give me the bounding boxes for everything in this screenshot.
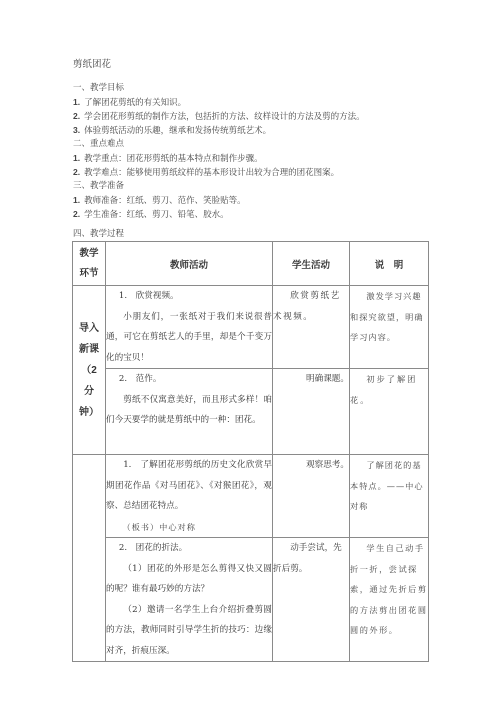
stage-cell-intro: 导入 新课 （2 分 钟）: [73, 286, 106, 455]
key-point-item: 1.教学重点：团花形剪纸的基本特点和制作步骤。: [73, 152, 263, 166]
document-title: 剪纸团花: [73, 56, 111, 70]
stage-line: 新课: [79, 344, 99, 355]
note-text: 学生自己动手折一折，尝试探索，通过先折后剪的方法剪出团花圆圆的外形。: [350, 538, 428, 641]
item-number: 2.: [73, 111, 80, 121]
section-heading-objectives: 一、教学目标: [73, 82, 124, 95]
section-heading-key-points: 二、重点难点: [73, 138, 124, 151]
stage-line: 分: [84, 386, 94, 397]
note-text: 初步了解团花。: [350, 369, 428, 410]
teacher-activity-cell: 2. 团花的折法。 （1）团花的外形是怎么剪得又快又圆的呢？谁有最巧妙的方法？ …: [106, 538, 273, 662]
header-teacher-activity: 教师活动: [106, 242, 273, 286]
preparation-item: 2.学生准备：红纸、剪刀、铅笔、胶水。: [73, 208, 229, 222]
header-stage-line: 教学: [79, 248, 98, 259]
student-activity-cell: 动手尝试，先折后剪。: [273, 538, 350, 662]
header-student-activity: 学生活动: [273, 242, 350, 286]
stage-line: （2: [81, 365, 97, 376]
header-notes: 说 明: [350, 242, 429, 286]
notes-cell: 初步了解团花。: [350, 369, 429, 455]
student-activity-cell: 观察思考。: [273, 455, 350, 538]
table-row: 导入 新课 （2 分 钟） 1. 欣赏视频。 小朋友们，一张纸对于我们来说很普通…: [73, 286, 429, 369]
activity-step: 1. 欣赏视频。: [106, 286, 272, 307]
header-stage: 教学 环节: [73, 242, 106, 286]
activity-text: （1）团花的外形是怎么剪得又快又圆的呢？谁有最巧妙的方法？: [106, 559, 272, 600]
note-text: 激发学习兴趣和探究欲望，明确学习内容。: [350, 286, 428, 348]
item-text: 教学重点：团花形剪纸的基本特点和制作步骤。: [84, 154, 263, 164]
item-number: 2.: [73, 167, 80, 177]
student-activity-cell: 欣赏剪纸艺术视频。: [273, 286, 350, 369]
table-row: 2. 团花的折法。 （1）团花的外形是怎么剪得又快又圆的呢？谁有最巧妙的方法？ …: [73, 538, 429, 662]
section-heading-preparation: 三、教学准备: [73, 180, 124, 193]
teacher-activity-cell: 1. 了解团花形剪纸的历史文化欣赏早期团花作品《对马团花》、《对猴团花》，观察、…: [106, 455, 273, 538]
note-text: 了解团花的基本特点。——中心对称: [350, 455, 428, 517]
notes-cell: 学生自己动手折一折，尝试探索，通过先折后剪的方法剪出团花圆圆的外形。: [350, 538, 429, 662]
activity-text: 剪纸不仅寓意美好，而且形式多样！咱们今天要学的就是剪纸中的一种：团花。: [106, 390, 272, 431]
preparation-item: 1.教师准备：红纸、剪刀、范作、笑脸贴等。: [73, 194, 246, 208]
table-header-row: 教学 环节 教师活动 学生活动 说 明: [73, 242, 429, 286]
key-point-item: 2.教学难点：能够使用剪纸纹样的基本形设计出较为合理的团花图案。: [73, 166, 339, 180]
header-stage-line: 环节: [79, 268, 98, 279]
stage-line: 钟）: [79, 407, 99, 418]
stage-cell-new-lesson: [73, 455, 106, 662]
objective-item: 3.体验剪纸活动的乐趣，继承和发扬传统剪纸艺术。: [73, 124, 271, 138]
section-heading-process: 四、教学过程: [73, 228, 124, 241]
student-activity-text: 欣赏剪纸艺术视频。: [273, 286, 349, 327]
activity-text: 小朋友们，一张纸对于我们来说很普通，可它在剪纸艺人的手里，却是个千变万化的宝贝！: [106, 307, 272, 369]
student-activity-text: 动手尝试，先折后剪。: [273, 538, 349, 579]
item-text: 教师准备：红纸、剪刀、范作、笑脸贴等。: [84, 196, 246, 206]
item-text: 了解团花剪纸的有关知识。: [84, 98, 186, 108]
item-number: 1.: [73, 195, 80, 205]
objective-item: 2.学会团花形剪纸的制作方法，包括折的方法、纹样设计的方法及剪的方法。: [73, 110, 365, 124]
student-activity-cell: 明确课题。: [273, 369, 350, 455]
board-writing-text: （板书）中心对称: [106, 517, 272, 538]
activity-text: （2）邀请一名学生上台介绍折叠剪圆的方法，教师同时引导学生折的技巧：边缘对齐，折…: [106, 600, 272, 662]
item-number: 3.: [73, 125, 80, 135]
teacher-activity-cell: 1. 欣赏视频。 小朋友们，一张纸对于我们来说很普通，可它在剪纸艺人的手里，却是…: [106, 286, 273, 369]
item-text: 学会团花形剪纸的制作方法，包括折的方法、纹样设计的方法及剪的方法。: [84, 112, 365, 122]
document-page: 剪纸团花 一、教学目标 1.了解团花剪纸的有关知识。 2.学会团花形剪纸的制作方…: [0, 0, 499, 706]
objective-item: 1.了解团花剪纸的有关知识。: [73, 96, 186, 110]
teacher-activity-cell: 2. 范作。 剪纸不仅寓意美好，而且形式多样！咱们今天要学的就是剪纸中的一种：团…: [106, 369, 273, 455]
student-activity-text: 明确课题。: [273, 369, 349, 390]
item-number: 1.: [73, 97, 80, 107]
notes-cell: 了解团花的基本特点。——中心对称: [350, 455, 429, 538]
teaching-process-table: 教学 环节 教师活动 学生活动 说 明 导入 新课 （2 分 钟） 1. 欣赏视…: [72, 241, 429, 662]
table-row: 1. 了解团花形剪纸的历史文化欣赏早期团花作品《对马团花》、《对猴团花》，观察、…: [73, 455, 429, 538]
activity-step: 2. 范作。: [106, 369, 272, 390]
student-activity-text: 观察思考。: [273, 455, 349, 476]
item-text: 学生准备：红纸、剪刀、铅笔、胶水。: [84, 210, 229, 220]
item-text: 教学难点：能够使用剪纸纹样的基本形设计出较为合理的团花图案。: [84, 168, 339, 178]
activity-step: 2. 团花的折法。: [106, 538, 272, 559]
item-number: 2.: [73, 209, 80, 219]
notes-cell: 激发学习兴趣和探究欲望，明确学习内容。: [350, 286, 429, 369]
stage-line: 导入: [79, 323, 99, 334]
item-number: 1.: [73, 153, 80, 163]
activity-text: 1. 了解团花形剪纸的历史文化欣赏早期团花作品《对马团花》、《对猴团花》，观察、…: [106, 455, 272, 517]
table-row: 2. 范作。 剪纸不仅寓意美好，而且形式多样！咱们今天要学的就是剪纸中的一种：团…: [73, 369, 429, 455]
item-text: 体验剪纸活动的乐趣，继承和发扬传统剪纸艺术。: [84, 126, 271, 136]
